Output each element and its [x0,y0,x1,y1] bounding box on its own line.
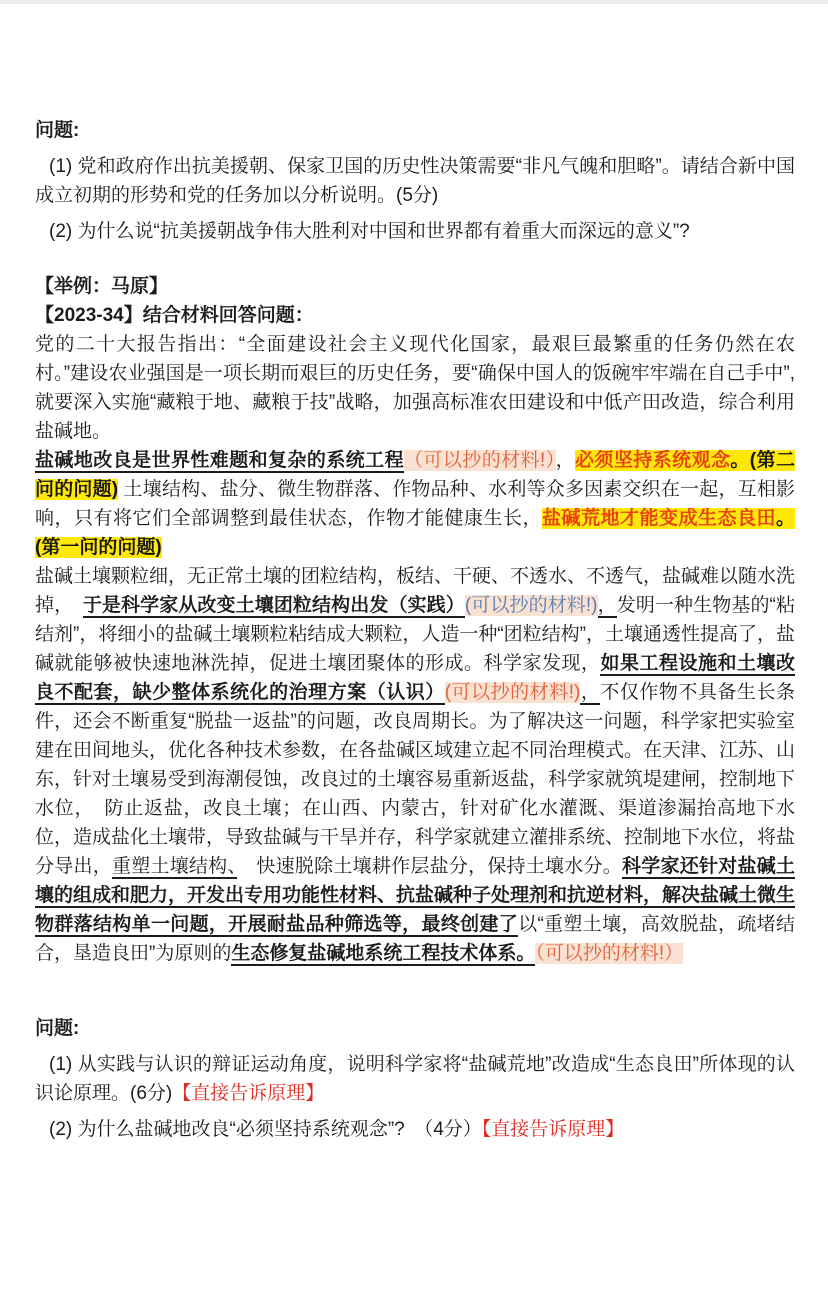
text-run: (1) 从实践与认识的辩证运动角度，说明科学家将“盐碱荒地”改造成“生态良田”所… [35,1054,795,1104]
answer-hint: 【直接告诉原理】 [172,1083,324,1104]
text-run: (2) 为什么盐碱地改良“必须坚持系统观念”? （4分） [49,1119,482,1140]
text-run: ， [580,682,600,705]
text-run: 【2023-34】结合材料回答问题： [35,305,314,326]
text-run: 不仅作物不具备生长条件，还会不断重复“脱盐一返盐”的问题，改良周期长。为了解决这… [35,682,795,877]
material-highlight-paragraph: 盐碱地改良是世界性难题和复杂的系统工程（可以抄的材料!），必须坚持系统观念。(第… [35,446,795,562]
key-sentence-underlined: 于是科学家从改变土壤团粒结构出发（实践） [83,595,465,618]
key-point-highlight: 盐碱荒地才能变成生态良田 [542,508,776,529]
text-run: 问题: [35,1018,79,1039]
text-run: 快速脱除土壤耕作层盐分，保持土壤水分。 [237,856,622,877]
example-section-tag: 【举例：马原】 [35,272,795,301]
text-run: 问题: [35,120,79,141]
key-sentence-underlined: 生态修复盐碱地系统工程技术体系。 [231,943,535,966]
copy-note: （可以抄的材料!） [535,943,683,964]
bottom-question-1: (1) 从实践与认识的辩证运动角度，说明科学家将“盐碱荒地”改造成“生态良田”所… [35,1050,795,1108]
answer-hint: 【直接告诉原理】 [482,1119,625,1140]
bottom-question-2: (2) 为什么盐碱地改良“必须坚持系统观念”? （4分）【直接告诉原理】 [35,1115,795,1144]
material-main-paragraph: 盐碱土壤颗粒细，无正常土壤的团粒结构，板结、干硬、不透水、不透气，盐碱难以随水洗… [35,562,795,968]
text-run: (1) 党和政府作出抗美援朝、保家卫国的历史性决策需要“非凡气魄和胆略”。请结合… [35,156,795,206]
underlined-phrase: 重塑土壤结构、 [112,856,237,879]
text-run: ， [598,595,617,618]
text-run: 党的二十大报告指出：“全面建设社会主义现代化国家，最艰巨最繁重的任务仍然在农村。… [35,334,795,442]
text-run: ， [556,450,575,471]
exam-question-ref: 【2023-34】结合材料回答问题： [35,301,795,330]
text-run: 【举例：马原】 [35,276,168,297]
copy-note: （可以抄的材料!） [404,450,556,471]
material-intro-paragraph: 党的二十大报告指出：“全面建设社会主义现代化国家，最艰巨最繁重的任务仍然在农村。… [35,330,795,446]
page-top-border [0,0,828,4]
top-questions-heading: 问题: [35,116,795,145]
text-run: (2) 为什么说“抗美援朝战争伟大胜利对中国和世界都有着重大而深远的意义”? [49,221,690,242]
key-point-highlight: 必须坚持系统观念 [575,450,730,471]
top-question-2: (2) 为什么说“抗美援朝战争伟大胜利对中国和世界都有着重大而深远的意义”? [35,217,795,246]
document-page: 问题: (1) 党和政府作出抗美援朝、保家卫国的历史性决策需要“非凡气魄和胆略”… [0,0,828,1313]
key-sentence-underlined: 盐碱地改良是世界性难题和复杂的系统工程 [35,450,404,473]
top-question-1: (1) 党和政府作出抗美援朝、保家卫国的历史性决策需要“非凡气魄和胆略”。请结合… [35,152,795,210]
bottom-questions-heading: 问题: [35,1014,795,1043]
copy-note: (可以抄的材料!) [445,682,581,703]
copy-note: (可以抄的材料!) [465,595,598,616]
